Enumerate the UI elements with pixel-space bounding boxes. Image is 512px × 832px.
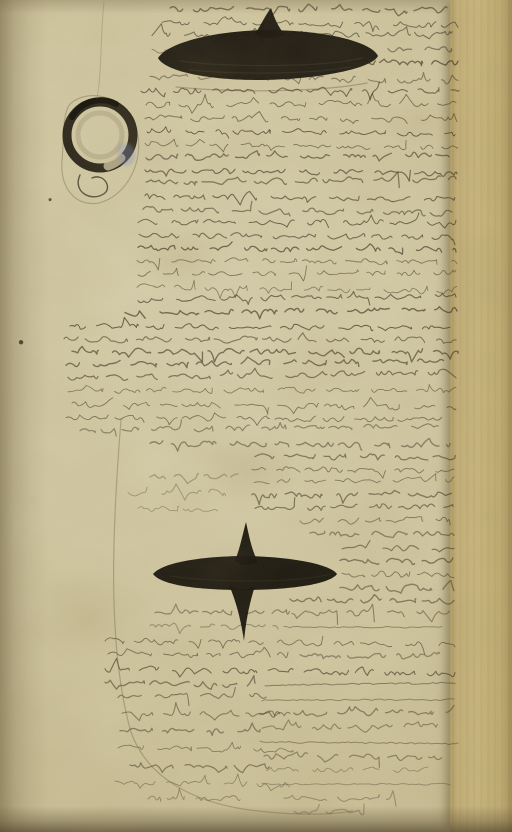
manuscript-art xyxy=(0,0,512,832)
paper-grain xyxy=(0,0,512,832)
manuscript-page xyxy=(0,0,512,832)
